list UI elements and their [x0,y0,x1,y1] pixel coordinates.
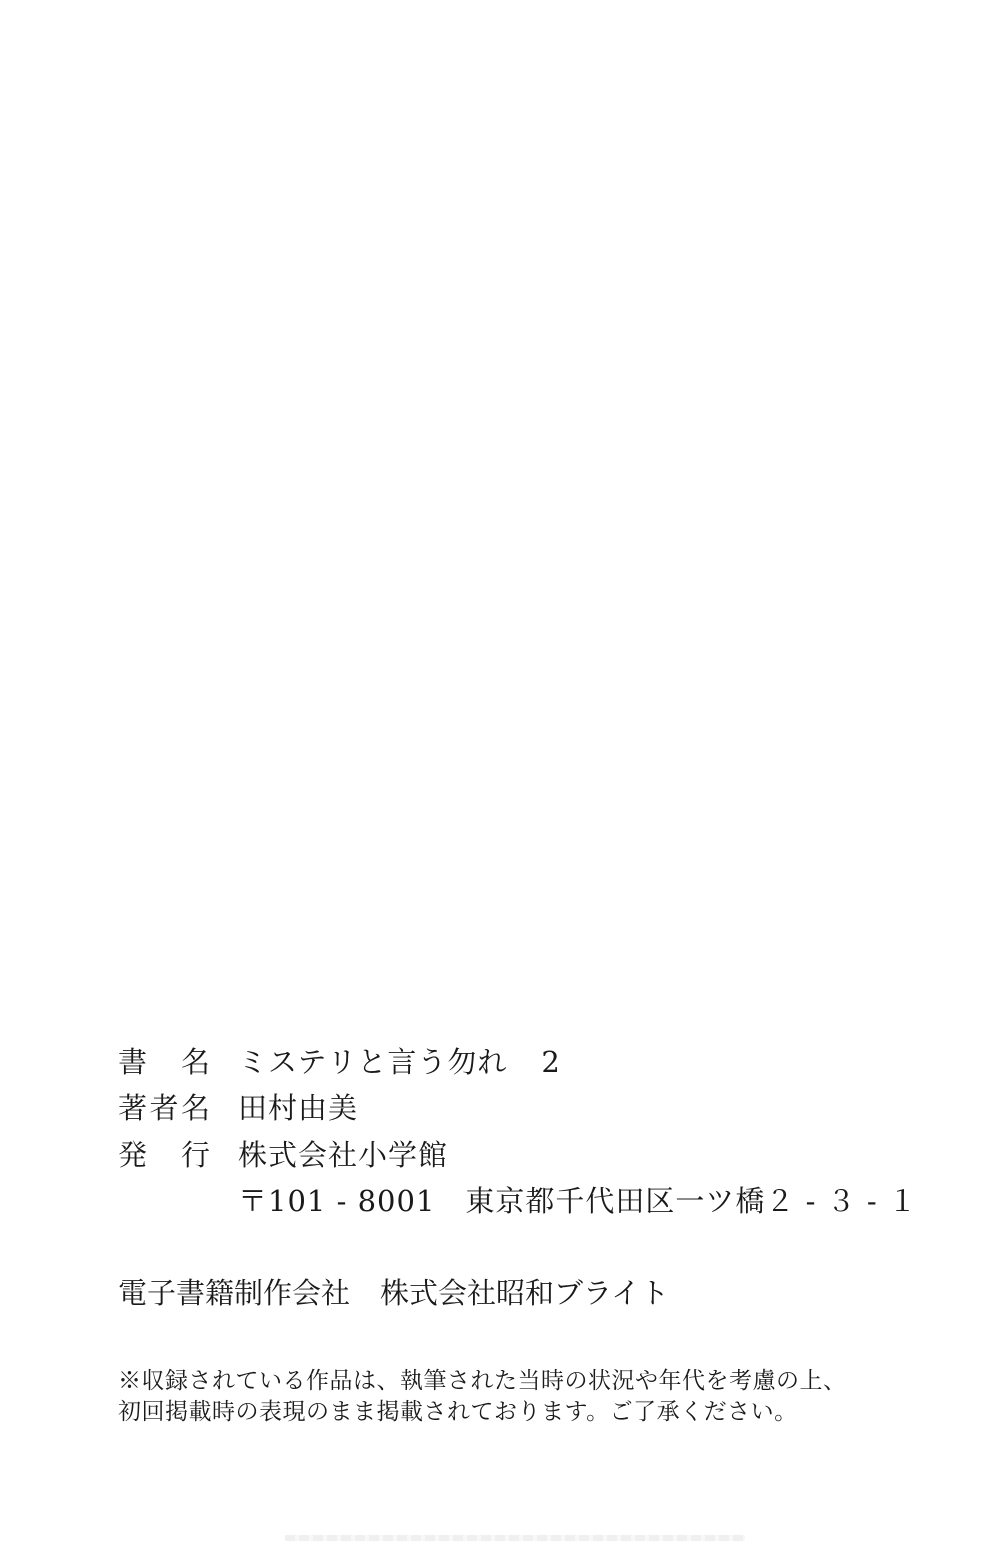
publisher-label-char: 発 [118,1137,147,1173]
book-title-text: ミステリと言う勿れ [238,1045,507,1079]
ebook-production-row: 電子書籍制作会社株式会社昭和ブライト [118,1275,669,1311]
publisher-name: 株式会社小学館 [238,1137,448,1173]
ebook-production-label: 電子書籍制作会社 [118,1276,350,1310]
title-label-char: 書 [118,1044,147,1080]
cropped-footer-text [285,1535,745,1541]
publisher-address: 〒101 - 8001東京都千代田区一ツ橋２ - ３ - １ [238,1183,918,1219]
author-label-char: 著 [118,1090,147,1126]
colophon-page: 書 名 ミステリと言う勿れ2 著 者 名 田村由美 発 行 株式会社小学館 〒1… [0,0,1000,1541]
title-label-char: 名 [181,1044,210,1080]
publisher-label: 発 行 [118,1137,210,1173]
volume-number: 2 [541,1045,560,1079]
author-name: 田村由美 [238,1090,358,1126]
notice-line-2: 初回掲載時の表現のまま掲載されております。ご了承ください。 [118,1397,798,1427]
street-address: 東京都千代田区一ツ橋２ - ３ - １ [465,1184,917,1218]
ebook-production-company: 株式会社昭和ブライト [380,1276,669,1310]
author-label-char: 者 [149,1090,178,1126]
author-label-char: 名 [181,1090,210,1126]
notice-line-1: ※収録されている作品は、執筆された当時の状況や年代を考慮の上、 [118,1366,847,1396]
publisher-label-char: 行 [181,1137,210,1173]
book-title: ミステリと言う勿れ2 [238,1044,561,1080]
author-label: 著 者 名 [118,1090,210,1126]
title-label: 書 名 [118,1044,210,1080]
postal-code: 〒101 - 8001 [238,1184,435,1218]
